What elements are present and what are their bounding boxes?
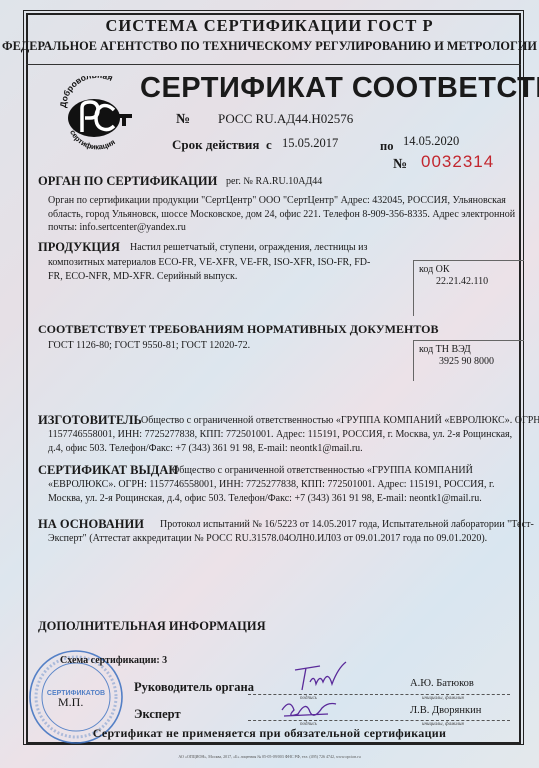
voluntary-note: Сертификат не применяется при обязательн… [0,726,539,741]
additional-info-heading: ДОПОЛНИТЕЛЬНАЯ ИНФОРМАЦИЯ [38,619,266,634]
product-heading: ПРОДУКЦИЯ [38,240,120,255]
valid-from-date: 15.05.2017 [282,136,338,151]
print-info: АО «ОПЦИОН», Москва, 2017, «Б» лицензия … [0,754,539,759]
head-name: А.Ю. Батюков [410,678,474,689]
certification-body-heading: ОРГАН ПО СЕРТИФИКАЦИИ [38,174,217,189]
seal-place-label: М.П. [58,695,83,710]
head-of-body-label: Руководитель органа [134,680,254,695]
certification-body-reg: рег. № RA.RU.10АД44 [226,176,322,187]
certificate-number: РОСС RU.АД44.Н02576 [218,111,353,127]
okp-code-value: 22.21.42.110 [414,276,524,288]
basis-text: Эксперт" (Аттестат аккредитации № РОСС R… [48,532,518,546]
certificate-number-label: № [176,112,190,128]
manufacturer-text: 1157746558001, ИНН: 7725277838, КПП: 772… [48,428,518,455]
expert-name-line [375,720,510,721]
agency-name: ФЕДЕРАЛЬНОЕ АГЕНТСТВО ПО ТЕХНИЧЕСКОМУ РЕ… [0,39,539,54]
certification-scheme: Схема сертификации: 3 [60,655,167,666]
tn-ved-code-box: код ТН ВЭД 3925 90 8000 [413,340,524,381]
serial-number: 0032314 [421,152,494,172]
rst-voluntary-certification-logo-icon: Добровольная сертификация [58,76,136,154]
certification-system: СИСТЕМА СЕРТИФИКАЦИИ ГОСТ Р [0,16,539,36]
issued-to-heading: СЕРТИФИКАТ ВЫДАН [38,463,178,478]
head-name-caption: инициалы, фамилия [422,696,464,701]
product-text: композитных материалов ECO-FR, VE-XFR, V… [48,256,378,283]
product-text-line1: Настил решетчатый, ступени, ограждения, … [130,242,367,253]
issued-to-text-line1: Общество с ограниченной ответственностью… [172,465,473,476]
valid-to-date: 14.05.2020 [403,134,459,149]
expert-signature-icon [278,696,338,722]
basis-heading: НА ОСНОВАНИИ [38,517,144,532]
tn-ved-code-label: код ТН ВЭД [414,341,524,356]
expert-label: Эксперт [134,707,181,722]
conformity-standards: ГОСТ 1126-80; ГОСТ 9550-81; ГОСТ 12020-7… [48,340,250,351]
serial-number-label: № [393,157,407,173]
expert-name: Л.В. Дворянкин [410,705,481,716]
certification-body-text: Орган по сертификации продукции "СертЦен… [48,194,518,235]
head-signature-icon [290,660,350,694]
basis-text-line1: Протокол испытаний № 16/5223 от 14.05.20… [160,519,534,530]
valid-from-label: с [266,137,272,153]
okp-code-label: код ОК [414,261,524,276]
manufacturer-text-line1: Общество с ограниченной ответственностью… [141,415,539,426]
conformity-heading: СООТВЕТСТВУЕТ ТРЕБОВАНИЯМ НОРМАТИВНЫХ ДО… [38,322,439,337]
header-divider [26,64,521,65]
valid-to-label: по [380,139,393,154]
head-name-line [375,694,510,695]
head-signature-line [248,694,378,695]
validity-label: Срок действия [172,137,259,153]
okp-code-box: код ОК 22.21.42.110 [413,260,524,316]
tn-ved-code-value: 3925 90 8000 [414,356,524,368]
manufacturer-heading: ИЗГОТОВИТЕЛЬ [38,413,142,428]
issued-to-text: «ЕВРОЛЮКС». ОГРН: 1157746558001, ИНН: 77… [48,478,523,505]
document-title: СЕРТИФИКАТ СООТВЕТСТВИЯ [140,72,539,105]
